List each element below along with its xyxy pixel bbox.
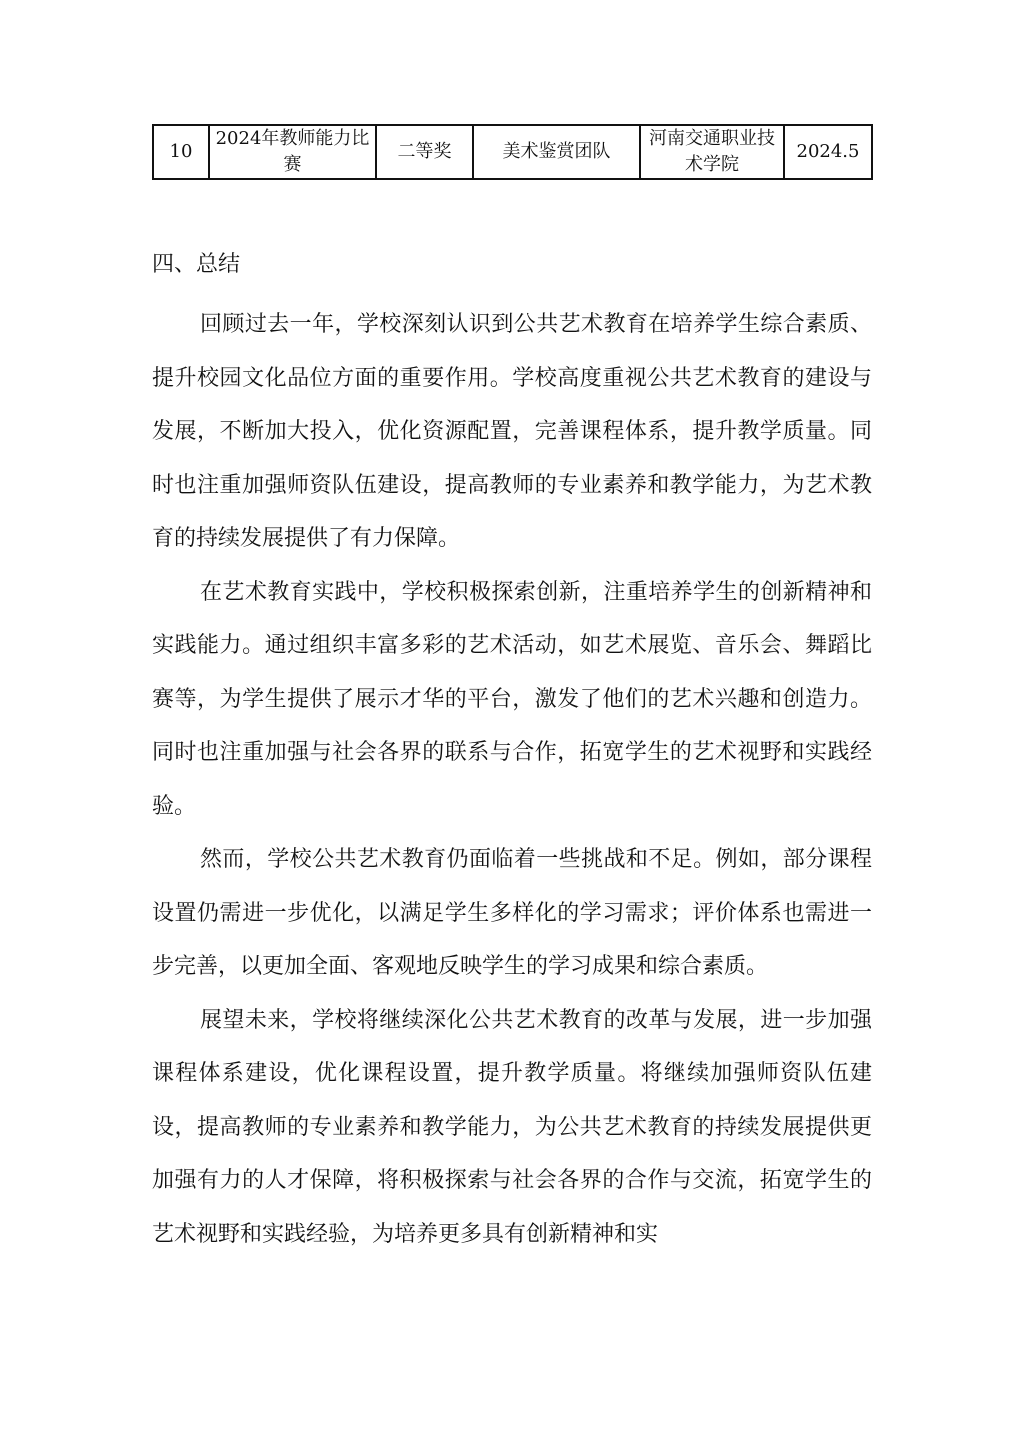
- table-row: 10 2024年教师能力比赛 二等奖 美术鉴赏团队 河南交通职业技术学院 202…: [153, 125, 872, 179]
- cell-award-level: 二等奖: [376, 125, 473, 179]
- cell-competition: 2024年教师能力比赛: [209, 125, 376, 179]
- cell-date: 2024.5: [784, 125, 872, 179]
- paragraph: 回顾过去一年，学校深刻认识到公共艺术教育在培养学生综合素质、提升校园文化品位方面…: [152, 298, 872, 566]
- awards-table: 10 2024年教师能力比赛 二等奖 美术鉴赏团队 河南交通职业技术学院 202…: [152, 124, 873, 180]
- cell-organizer: 河南交通职业技术学院: [640, 125, 784, 179]
- paragraph: 在艺术教育实践中，学校积极探索创新，注重培养学生的创新精神和实践能力。通过组织丰…: [152, 566, 872, 834]
- cell-team: 美术鉴赏团队: [473, 125, 640, 179]
- paragraph: 然而，学校公共艺术教育仍面临着一些挑战和不足。例如，部分课程设置仍需进一步优化，…: [152, 833, 872, 994]
- section-heading: 四、总结: [152, 248, 240, 282]
- paragraph: 展望未来，学校将继续深化公共艺术教育的改革与发展，进一步加强课程体系建设，优化课…: [152, 994, 872, 1262]
- summary-body: 回顾过去一年，学校深刻认识到公共艺术教育在培养学生综合素质、提升校园文化品位方面…: [152, 298, 872, 1261]
- cell-index: 10: [153, 125, 209, 179]
